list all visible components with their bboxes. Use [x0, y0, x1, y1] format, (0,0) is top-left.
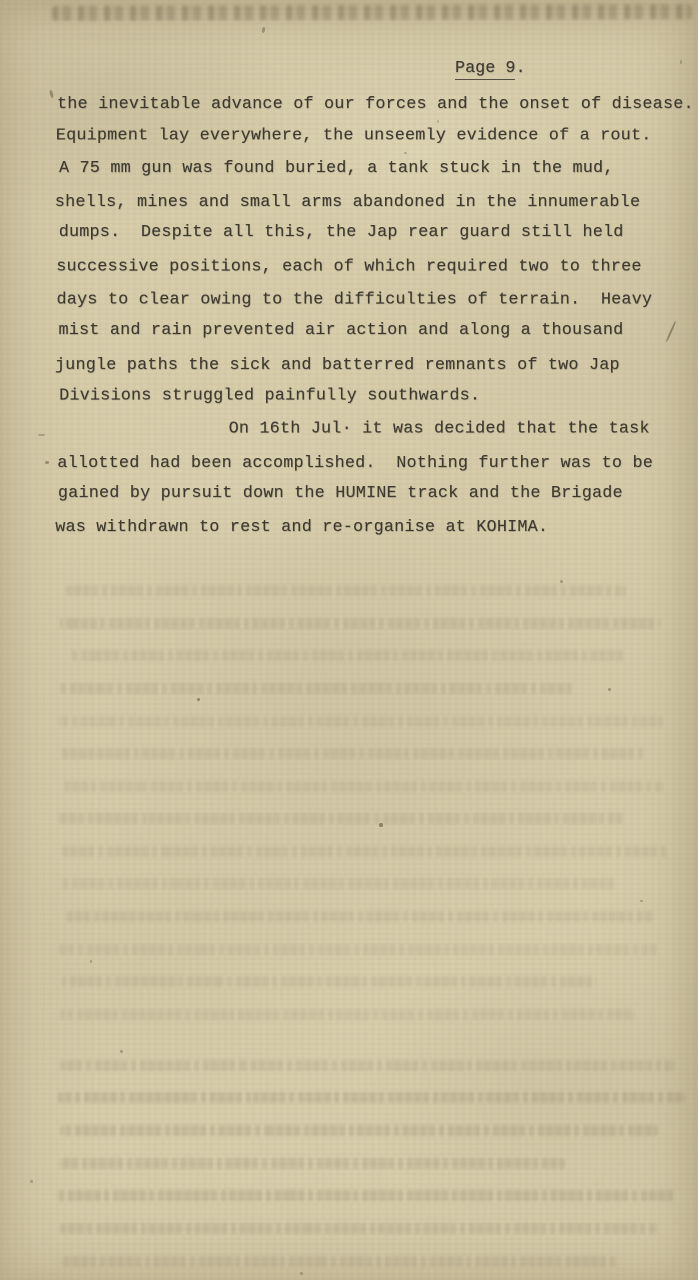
typed-line: days to clear owing to the difficulties … — [57, 284, 667, 317]
bleedthrough-text-line — [60, 1125, 658, 1136]
ink-speck — [262, 27, 266, 33]
bleedthrough-text-line — [62, 846, 670, 857]
ink-speck — [680, 60, 682, 64]
bleedthrough-text-line — [62, 1256, 617, 1267]
ink-speck — [608, 688, 611, 691]
ink-speck — [38, 434, 45, 436]
bleedthrough-text-line — [64, 781, 664, 792]
ink-speck — [640, 900, 643, 902]
bleedthrough-text-line — [62, 976, 597, 987]
bleedthrough-text-line — [60, 683, 575, 694]
ink-speck — [300, 1272, 303, 1275]
typed-line: Equipment lay everywhere, the unseemly e… — [56, 120, 666, 153]
bleedthrough-text-line — [60, 1060, 675, 1071]
page-number-period: . — [515, 59, 525, 78]
ink-speck — [197, 698, 200, 701]
bleedthrough-text-line — [60, 748, 645, 759]
ink-speck — [49, 90, 54, 99]
bleedthrough-text-line — [60, 618, 660, 629]
bleedthrough-text-line — [60, 1223, 658, 1234]
ink-speck — [30, 1180, 33, 1183]
typed-line: allotted had been accomplished. Nothing … — [57, 448, 667, 481]
ink-speck — [120, 1050, 123, 1053]
typed-line: was withdrawn to rest and re-organise at… — [55, 512, 665, 545]
page-number-text: Page 9 — [455, 59, 515, 80]
ink-speck — [90, 960, 92, 963]
typed-line: On 16th Jul· it was decided that the tas… — [56, 413, 666, 446]
typed-line: A 75 mm gun was found buried, a tank stu… — [59, 153, 669, 186]
ink-speck — [379, 823, 383, 827]
bleedthrough-text-line — [60, 878, 615, 889]
typed-line: shells, mines and small arms abandoned i… — [55, 187, 665, 220]
page-number-header: Page 9. — [455, 59, 526, 78]
typed-line: dumps. Despite all this, the Jap rear gu… — [59, 217, 669, 250]
bleedthrough-text-line — [58, 716, 663, 727]
bleedthrough-text-line — [66, 585, 626, 596]
typed-text-block: the inevitable advance of our forces and… — [57, 88, 667, 544]
typed-line: mist and rain prevented air action and a… — [59, 315, 669, 348]
bleedthrough-text-line — [60, 1158, 565, 1169]
bleedthrough-text-line — [56, 1190, 674, 1201]
bleedthrough-text-line — [66, 911, 654, 922]
bleedthrough-text-line — [58, 1092, 686, 1103]
typed-line: successive positions, each of which requ… — [56, 251, 666, 284]
bleedthrough-text-line — [58, 944, 658, 955]
typed-line: Divisions struggled painfully southwards… — [59, 381, 669, 414]
bleedthrough-text-line — [60, 1009, 635, 1020]
bleedthrough-text-line — [58, 813, 623, 824]
bleedthrough-text-line — [70, 650, 625, 661]
ink-speck — [560, 580, 563, 583]
scanned-document-page: Page 9. the inevitable advance of our fo… — [0, 0, 698, 1280]
typed-line: jungle paths the sick and batterred remn… — [55, 350, 665, 383]
typed-line: the inevitable advance of our forces and… — [57, 89, 667, 122]
ink-speck — [45, 461, 49, 464]
ink-smudge-band — [52, 4, 692, 21]
typed-line: gained by pursuit down the HUMINE track … — [58, 478, 668, 511]
